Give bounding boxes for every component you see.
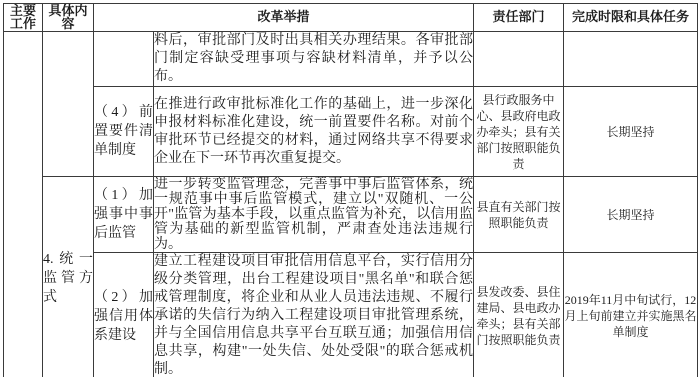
table-row-supervision: 4.统一监管方式 （1）加强事中事后监管 进一步转变监管理念，完善事中事后监管体… [4, 177, 698, 253]
cell-department: 县发改委、县住建局、县电政办牵头；县有关部门按照职能负责 [474, 253, 564, 377]
cell-deadline-empty [564, 32, 698, 87]
document-page: { "headers": { "main_work": "主要工作", "spe… [0, 0, 700, 377]
cell-measure: 料后，审批部门及时出具相关办理结果。各审批部门制定容缺受理事项与容缺材料清单，并… [154, 32, 474, 87]
cell-deadline: 2019年11月中旬试行，12月上旬前建立并实施黑名单制度 [564, 253, 698, 377]
header-specific-content: 具体内容 [43, 4, 94, 32]
cell-deadline: 长期坚持 [564, 177, 698, 253]
cell-measure: 进一步转变监管理念，完善事中事后监管体系，统一规范事中事后监管模式，建立以"双随… [154, 177, 474, 253]
cell-main-work-group: 4.统一监管方式 [43, 177, 94, 377]
cell-sub-item-empty [94, 32, 154, 87]
cell-department: 县行政服务中心、县政府电政办牵头；县有关部门按照职能负责 [474, 87, 564, 177]
cell-measure: 建立工程建设项目审批信用信息平台，实行信用分级分类管理，出台工程建设项目"黑名单… [154, 253, 474, 377]
cell-specific-content-empty [43, 32, 94, 177]
table-row-continuation: 料后，审批部门及时出具相关办理结果。各审批部门制定容缺受理事项与容缺材料清单，并… [4, 32, 698, 87]
cell-main-work-empty [4, 32, 43, 377]
cell-department: 县直有关部门按照职能负责 [474, 177, 564, 253]
table-row-credit-system: （2）加强信用体系建设 建立工程建设项目审批信用信息平台，实行信用分级分类管理，… [4, 253, 698, 377]
cell-measure: 在推进行政审批标准化工作的基础上，进一步深化申报材料标准化建设，统一前置要件名称… [154, 87, 474, 177]
cell-deadline: 长期坚持 [564, 87, 698, 177]
reform-measures-table: 主要工作 具体内容 改革举措 责任部门 完成时限和具体任务 料后，审批部门及时出… [3, 3, 698, 377]
cell-sub-item: （2）加强信用体系建设 [94, 253, 154, 377]
header-main-work: 主要工作 [4, 4, 43, 32]
header-deadline-tasks: 完成时限和具体任务 [564, 4, 698, 32]
table-row-prerequisite-list: （4）前置要件清单制度 在推进行政审批标准化工作的基础上，进一步深化申报材料标准… [4, 87, 698, 177]
cell-sub-item: （1）加强事中事后监管 [94, 177, 154, 253]
header-row: 主要工作 具体内容 改革举措 责任部门 完成时限和具体任务 [4, 4, 698, 32]
header-reform-measures: 改革举措 [94, 4, 474, 32]
header-responsible-department: 责任部门 [474, 4, 564, 32]
cell-sub-item: （4）前置要件清单制度 [94, 87, 154, 177]
cell-department-empty [474, 32, 564, 87]
